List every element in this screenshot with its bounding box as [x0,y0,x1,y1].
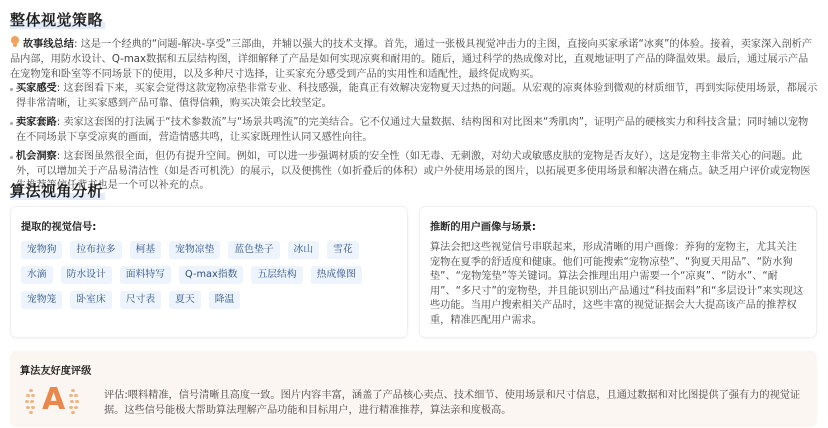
insight-text: : 这套图看下来，买家会觉得这款宠物凉垫非常专业、科技感强，能真正有效解决宠物夏… [16,83,817,109]
visual-signals-title: 提取的视觉信号: [21,218,397,233]
user-persona-card: 推断的用户画像与场景: 算法会把这些视觉信号串联起来，形成清晰的用户画像：养狗的… [419,206,817,338]
signal-tag-list: 宠物狗 拉布拉多 柯基 宠物凉垫 蓝色垫子 冰山 雪花 水滴 防水设计 面料特写… [21,241,397,309]
summary-label: 故事线总结 [23,39,74,50]
insight-label: 卖家套路 [16,117,57,128]
signal-tag: 卧室床 [70,291,111,309]
grade-badge: A [24,385,80,419]
signal-tag: 夏天 [169,291,201,309]
rating-evaluation-text: 评估:喂料精准，信号清晰且高度一致。图片内容丰富，涵盖了产品核心卖点、技术细节、… [104,388,804,418]
rating-title: 算法友好度评级 [20,362,91,377]
signal-tag: 宠物笼 [21,291,62,309]
story-summary: 故事线总结: 这是一个经典的“问题-解决-享受”三部曲，并辅以强大的技术支撑。首… [10,36,818,83]
section-title-text: 算法视角分析 [10,182,105,200]
insight-label: 机会洞察 [16,151,57,162]
insight-list: 买家感受: 这套图看下来，买家会觉得这款宠物凉垫非常专业、科技感强，能真正有效解… [10,82,818,199]
signal-tag: 尺寸表 [120,291,161,309]
signal-tag: 蓝色垫子 [228,241,279,259]
signal-tag: 柯基 [130,241,162,259]
signal-tag: Q-max指数 [179,266,243,284]
grade-letter: A [42,383,65,417]
user-persona-text: 算法会把这些视觉信号串联起来，形成清晰的用户画像：养狗的宠物主，尤其关注宠物在夏… [430,241,806,328]
signal-tag: 五层结构 [251,266,302,284]
insight-label: 买家感受 [16,83,57,94]
lightbulb-icon [10,36,20,48]
section-title-overall: 整体视觉策略 [10,9,105,30]
signal-tag: 水滴 [21,266,53,284]
visual-signals-card: 提取的视觉信号: 宠物狗 拉布拉多 柯基 宠物凉垫 蓝色垫子 冰山 雪花 水滴 … [10,206,408,338]
insight-opportunity: 机会洞察: 这套图虽然很全面，但仍有提升空间。例如，可以进一步强调材质的安全性（… [10,150,818,194]
signal-tag: 热成像图 [311,266,362,284]
insight-buyer-feeling: 买家感受: 这套图看下来，买家会觉得这款宠物凉垫非常专业、科技感强，能真正有效解… [10,82,818,111]
signal-tag: 冰山 [288,241,320,259]
signal-tag: 降温 [209,291,241,309]
signal-tag: 宠物凉垫 [169,241,220,259]
signal-tag: 宠物狗 [21,241,62,259]
section-title-algorithm: 算法视角分析 [10,180,105,201]
algorithm-rating-panel: 算法友好度评级 A 评估:喂料精准，信号清晰且高度一致。图片内容丰富，涵盖了产品… [10,351,817,427]
summary-text: : 这是一个经典的“问题-解决-享受”三部曲，并辅以强大的技术支撑。首先，通过一… [10,39,812,80]
signal-tag: 面料特写 [120,266,171,284]
insight-text: : 这套图虽然很全面，但仍有提升空间。例如，可以进一步强调材质的安全性（如无毒、… [16,151,811,191]
signal-tag: 雪花 [327,241,359,259]
insight-text: : 卖家这套图的打法属于“技术参数流”与“场景共鸣流”的完美结合。它不仅通过大量… [16,117,808,143]
laurel-wreath-icon [68,389,80,415]
user-persona-title: 推断的用户画像与场景: [430,218,806,233]
signal-tag: 防水设计 [61,266,112,284]
signal-tag: 拉布拉多 [70,241,121,259]
laurel-wreath-icon [24,389,36,415]
insight-seller-tactic: 卖家套路: 卖家这套图的打法属于“技术参数流”与“场景共鸣流”的完美结合。它不仅… [10,116,818,145]
section-title-text: 整体视觉策略 [10,11,105,29]
